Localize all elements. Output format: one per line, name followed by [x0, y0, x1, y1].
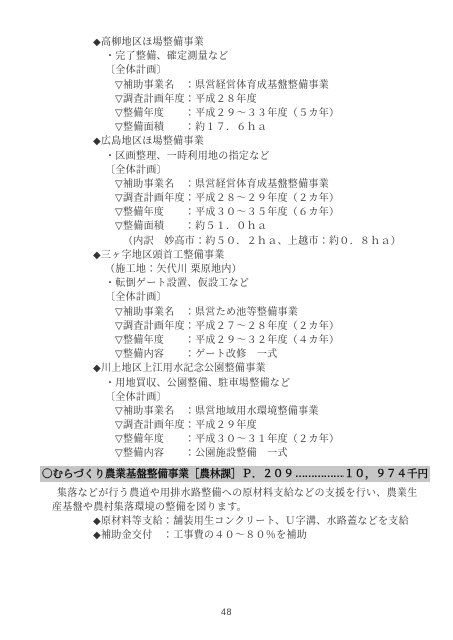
- program-body: 集落などが行う農道や用排水路整備への原材料支給などの支援を行い、農業生産基盤や農…: [38, 487, 433, 544]
- project-title-line: ◆三ヶ字地区頭首工整備事業: [38, 249, 433, 263]
- project-detail-line: ▽補助事業名 ：県営経営体育成基盤整備事業: [38, 178, 433, 192]
- program-bullet-line: ◆補助金交付 ：工事費の４０～８０％を補助: [38, 529, 433, 543]
- project-detail-line: ▽調査計画年度：平成２７～２８年度（２カ年）: [38, 320, 433, 334]
- program-paragraph-line: 集落などが行う農道や用排水路整備への原材料支給などの支援を行い、農業生: [38, 487, 433, 501]
- project-description-line: ・転倒ゲート設置、仮設工など: [38, 277, 433, 291]
- program-header-leader-dots: ……………………………………: [294, 467, 344, 482]
- project-title-line: ◆広島地区ほ場整備事業: [38, 135, 433, 149]
- page-number: 48: [0, 607, 453, 617]
- project-detail-line: ▽整備年度 ：平成２９～３３年度（５カ年）: [38, 107, 433, 121]
- project-description-line: 〔全体計画〕: [38, 391, 433, 405]
- program-paragraph-line: 産基盤や農村集落環境の整備を図ります。: [38, 501, 433, 515]
- project-description-line: ・完了整備、確定測量など: [38, 50, 433, 64]
- program-header-band: 〇むらづくり農業基盤整備事業［農林課］Ｐ．２０９ …………………………………… …: [40, 466, 430, 482]
- project-detail-line: ▽整備内容 ：ゲート改修 一式: [38, 348, 433, 362]
- project-detail-line: ▽整備面積 ：約１７．６ｈａ: [38, 121, 433, 135]
- project-description-line: （施工地：矢代川 栗原地内）: [38, 263, 433, 277]
- project-detail-line: ▽補助事業名 ：県営ため池等整備事業: [38, 306, 433, 320]
- program-bullet-line: ◆原材料等支給：舗装用生コンクリート、Ｕ字溝、水路蓋などを支給: [38, 515, 433, 529]
- project-description-line: 〔全体計画〕: [38, 291, 433, 305]
- project-title-line: ◆高柳地区ほ場整備事業: [38, 36, 433, 50]
- project-detail-line: ▽整備面積 ：約５１．０ｈａ: [38, 220, 433, 234]
- project-description-line: ・区画整理、一時利用地の指定など: [38, 150, 433, 164]
- document-page: ◆高柳地区ほ場整備事業・完了整備、確定測量など〔全体計画〕▽補助事業名 ：県営経…: [0, 0, 453, 640]
- project-detail-line: ▽補助事業名 ：県営地域用水環境整備事業: [38, 405, 433, 419]
- project-title-line: ◆川上地区上江用水記念公園整備事業: [38, 362, 433, 376]
- project-description-line: 〔全体計画〕: [38, 64, 433, 78]
- project-description-line: 〔全体計画〕: [38, 164, 433, 178]
- project-detail-line: ▽整備内容 ：公園施設整備 一式: [38, 447, 433, 461]
- program-header-title: 〇むらづくり農業基盤整備事業［農林課］Ｐ．２０９: [42, 467, 294, 482]
- project-detail-line: ▽整備年度 ：平成３０～３５年度（６カ年）: [38, 206, 433, 220]
- project-detail-line: ▽調査計画年度：平成２８～２９年度（２カ年）: [38, 192, 433, 206]
- project-note-line: （内訳 妙高市：約５０．２ｈａ、上越市：約０．８ｈａ）: [38, 235, 433, 249]
- project-list: ◆高柳地区ほ場整備事業・完了整備、確定測量など〔全体計画〕▽補助事業名 ：県営経…: [38, 36, 433, 462]
- project-detail-line: ▽調査計画年度：平成２９年度: [38, 419, 433, 433]
- page-content: ◆高柳地区ほ場整備事業・完了整備、確定測量など〔全体計画〕▽補助事業名 ：県営経…: [38, 36, 433, 543]
- program-header-amount: １０，９７４千円: [344, 467, 428, 482]
- project-detail-line: ▽整備年度 ：平成２９～３２年度（４カ年）: [38, 334, 433, 348]
- project-detail-line: ▽補助事業名 ：県営経営体育成基盤整備事業: [38, 79, 433, 93]
- project-detail-line: ▽整備年度 ：平成３０～３１年度（２カ年）: [38, 433, 433, 447]
- project-description-line: ・用地買収、公園整備、駐車場整備など: [38, 377, 433, 391]
- project-detail-line: ▽調査計画年度：平成２８年度: [38, 93, 433, 107]
